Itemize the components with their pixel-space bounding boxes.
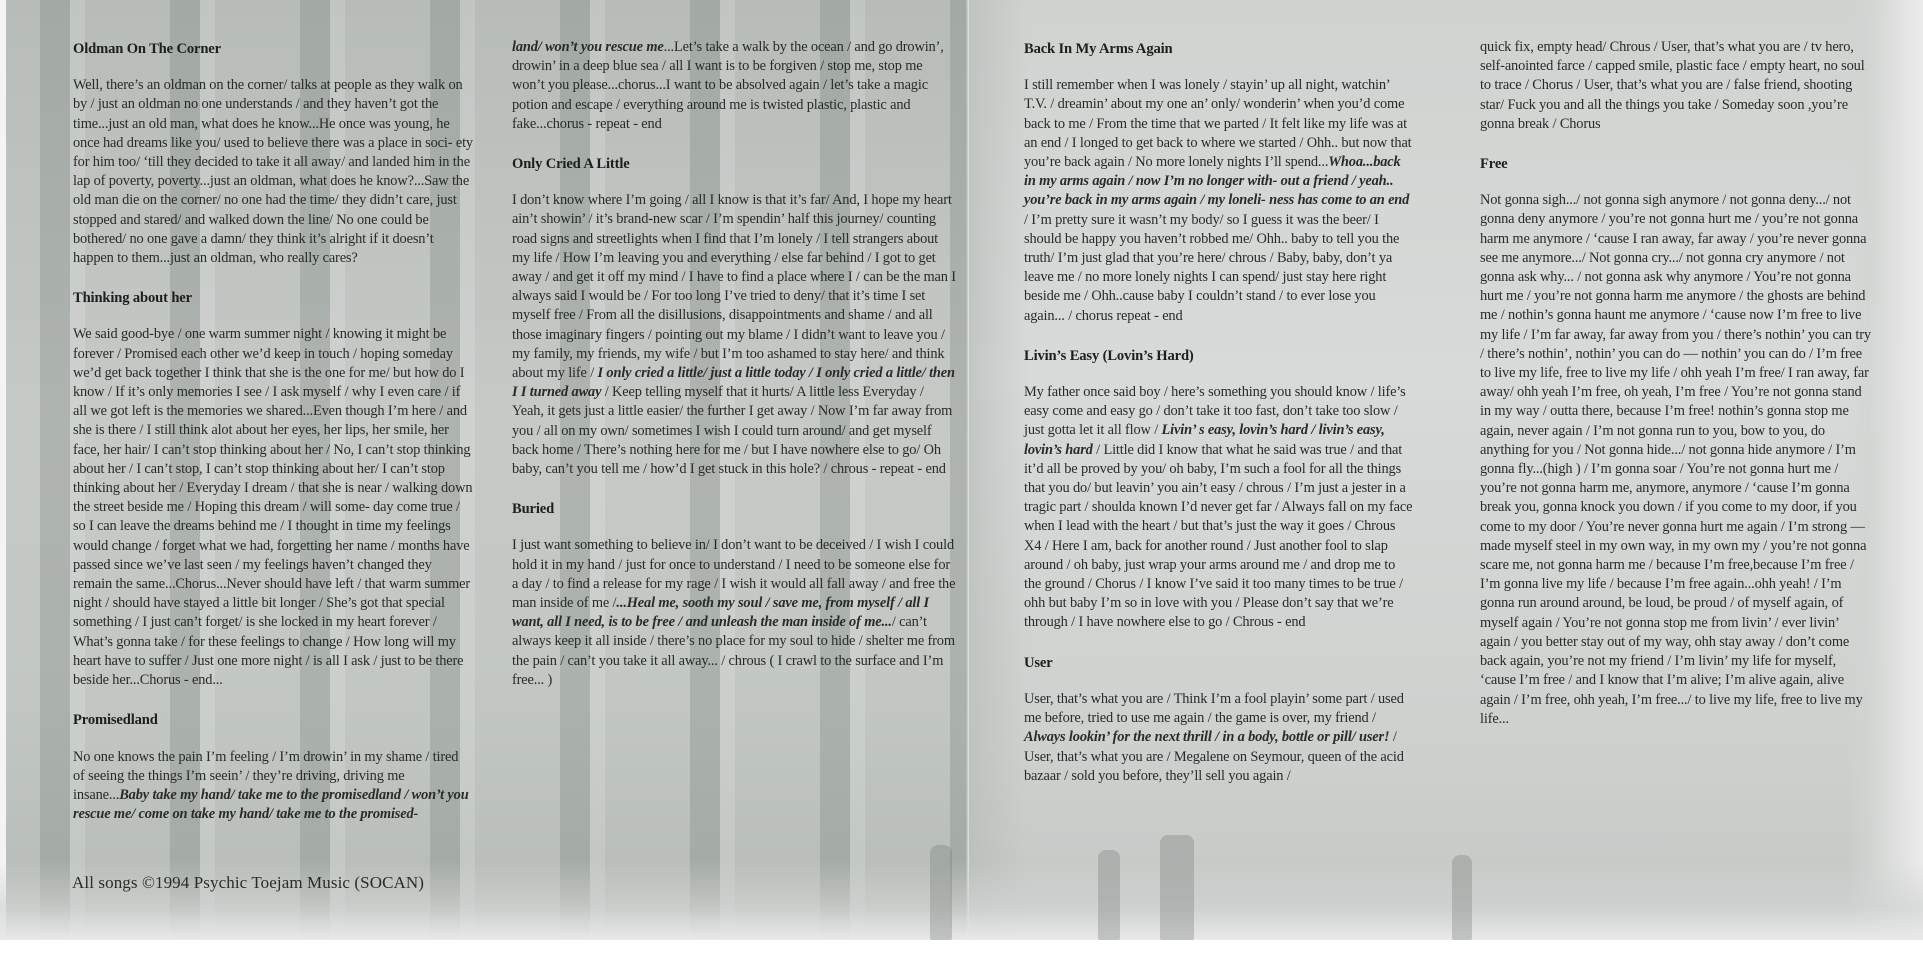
photo-person-figure bbox=[1160, 835, 1194, 940]
song-promisedland: Promisedland No one knows the pain I’m f… bbox=[73, 711, 473, 824]
lyrics-text: quick fix, empty head/ Chrous / User, th… bbox=[1480, 39, 1865, 132]
song-title: Oldman On The Corner bbox=[73, 40, 473, 59]
lyrics-column-2: land/ won’t you rescue me...Let’s take a… bbox=[512, 38, 958, 711]
song-title: Buried bbox=[512, 500, 958, 519]
song-lyrics: No one knows the pain I’m feeling / I’m … bbox=[73, 748, 473, 825]
song-free: Free Not gonna sigh.../ not gonna sigh a… bbox=[1480, 155, 1872, 729]
lyrics-text: / I’m pretty sure it wasn’t my body/ so … bbox=[1024, 212, 1399, 324]
scan-margin bbox=[0, 940, 1923, 955]
song-lyrics: I don’t know where I’m going / all I kno… bbox=[512, 191, 958, 479]
song-buried: Buried I just want something to believe … bbox=[512, 500, 958, 690]
song-lyrics: I still remember when I was lonely / sta… bbox=[1024, 76, 1414, 326]
song-oldman-on-the-corner: Oldman On The Corner Well, there’s an ol… bbox=[73, 40, 473, 268]
song-only-cried-a-little: Only Cried A Little I don’t know where I… bbox=[512, 155, 958, 479]
lyrics-text: Well, there’s an oldman on the corner/ t… bbox=[73, 77, 473, 266]
song-lyrics: Not gonna sigh.../ not gonna sigh anymor… bbox=[1480, 191, 1872, 729]
lyrics-column-3: Back In My Arms Again I still remember w… bbox=[1024, 40, 1414, 807]
song-thinking-about-her: Thinking about her We said good-bye / on… bbox=[73, 289, 473, 690]
lyrics-text: We said good-bye / one warm summer night… bbox=[73, 326, 472, 688]
song-lyrics: User, that’s what you are / Think I’m a … bbox=[1024, 690, 1414, 786]
song-title: Promisedland bbox=[73, 711, 473, 730]
song-title: Free bbox=[1480, 155, 1872, 174]
song-lyrics: We said good-bye / one warm summer night… bbox=[73, 325, 473, 690]
song-title: Only Cried A Little bbox=[512, 155, 958, 174]
song-lyrics-continued: quick fix, empty head/ Chrous / User, th… bbox=[1480, 38, 1872, 134]
photo-person-figure bbox=[930, 845, 952, 940]
song-title: Thinking about her bbox=[73, 289, 473, 308]
chorus-text: Always lookin’ for the next thrill / in … bbox=[1024, 729, 1389, 745]
chorus-text: Baby take my hand/ take me to the promis… bbox=[73, 787, 469, 822]
song-user: User User, that’s what you are / Think I… bbox=[1024, 654, 1414, 786]
lyrics-text: / Little did I know that what he said wa… bbox=[1024, 442, 1412, 631]
lyrics-text: I don’t know where I’m going / all I kno… bbox=[512, 192, 956, 381]
photo-person-figure bbox=[1452, 855, 1472, 940]
song-back-in-my-arms-again: Back In My Arms Again I still remember w… bbox=[1024, 40, 1414, 326]
song-title: Livin’s Easy (Lovin’s Hard) bbox=[1024, 347, 1414, 366]
chorus-text: land/ won’t you rescue me bbox=[512, 39, 664, 55]
song-livins-easy: Livin’s Easy (Lovin’s Hard) My father on… bbox=[1024, 347, 1414, 633]
song-lyrics: My father once said boy / here’s somethi… bbox=[1024, 383, 1414, 633]
song-title: Back In My Arms Again bbox=[1024, 40, 1414, 59]
copyright-notice: All songs ©1994 Psychic Toejam Music (SO… bbox=[72, 873, 424, 893]
booklet-spread: Oldman On The Corner Well, there’s an ol… bbox=[0, 0, 1923, 940]
photo-floor bbox=[0, 860, 1923, 940]
song-title: User bbox=[1024, 654, 1414, 673]
song-lyrics: I just want something to believe in/ I d… bbox=[512, 536, 958, 690]
song-lyrics: Well, there’s an oldman on the corner/ t… bbox=[73, 76, 473, 268]
song-lyrics-continued: land/ won’t you rescue me...Let’s take a… bbox=[512, 38, 958, 134]
page-fold bbox=[966, 0, 969, 940]
lyrics-text: User, that’s what you are / Think I’m a … bbox=[1024, 691, 1404, 726]
lyrics-column-1: Oldman On The Corner Well, there’s an ol… bbox=[73, 40, 473, 845]
photo-person-figure bbox=[1098, 850, 1120, 940]
lyrics-text: Not gonna sigh.../ not gonna sigh anymor… bbox=[1480, 192, 1871, 726]
lyrics-column-4: quick fix, empty head/ Chrous / User, th… bbox=[1480, 38, 1872, 750]
